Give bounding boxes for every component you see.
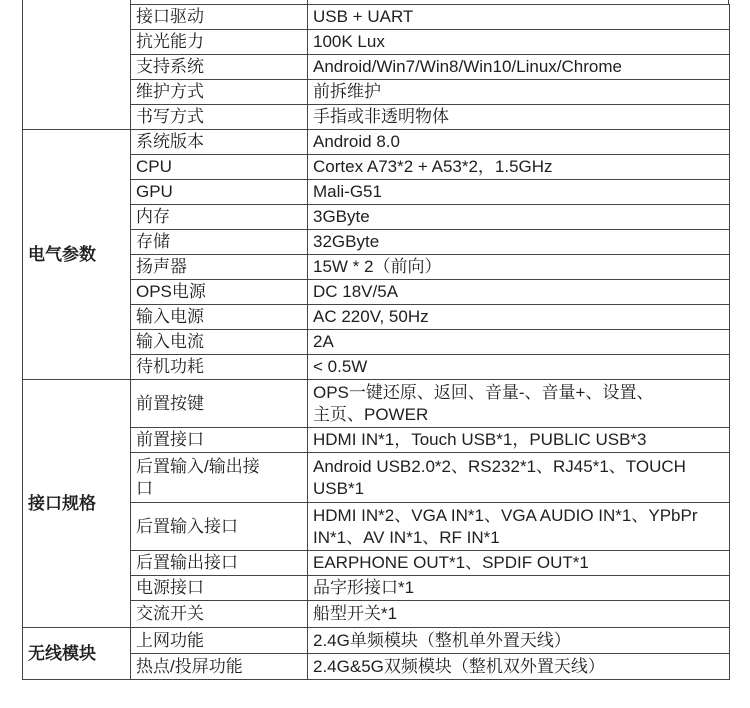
category-cell: 电气参数	[23, 130, 131, 380]
param-cell: 系统版本	[131, 130, 308, 155]
param-cell: 电源接口	[131, 576, 308, 601]
param-cell: 待机功耗	[131, 355, 308, 380]
value-cell: 品字形接口*1	[308, 576, 730, 601]
param-cell: 内存	[131, 205, 308, 230]
value-cell: Android USB2.0*2、RS232*1、RJ45*1、TOUCH US…	[308, 453, 730, 503]
category-cell: 接口规格	[23, 380, 131, 628]
value-cell: 手指或非透明物体	[308, 105, 730, 130]
table-row: 接口规格 前置按键 OPS一键还原、返回、音量-、音量+、设置、 主页、POWE…	[23, 380, 730, 428]
value-cell: 2A	[308, 330, 730, 355]
param-cell: 输入电源	[131, 305, 308, 330]
table-row: 电气参数 系统版本 Android 8.0	[23, 130, 730, 155]
section-electrical: 电气参数 系统版本 Android 8.0 CPU Cortex A73*2 +…	[23, 130, 730, 380]
section-interfaces: 接口规格 前置按键 OPS一键还原、返回、音量-、音量+、设置、 主页、POWE…	[23, 380, 730, 628]
category-cell: 无线模块	[23, 628, 131, 680]
value-cell: OPS一键还原、返回、音量-、音量+、设置、 主页、POWER	[308, 380, 730, 428]
param-cell: GPU	[131, 180, 308, 205]
value-cell: EARPHONE OUT*1、SPDIF OUT*1	[308, 551, 730, 576]
param-cell: OPS电源	[131, 280, 308, 305]
value-cell: 100K Lux	[308, 30, 730, 55]
value-cell: 15W * 2（前向）	[308, 255, 730, 280]
value-cell: Cortex A73*2 + A53*2，1.5GHz	[308, 155, 730, 180]
param-cell: 抗光能力	[131, 30, 308, 55]
param-cell: 接口驱动	[131, 5, 308, 30]
param-cell: 后置输入接口	[131, 503, 308, 551]
value-cell: 32GByte	[308, 230, 730, 255]
param-cell: CPU	[131, 155, 308, 180]
value-cell: Mali-G51	[308, 180, 730, 205]
value-cell: USB + UART	[308, 5, 730, 30]
param-cell: 存储	[131, 230, 308, 255]
category-cell	[23, 5, 131, 130]
value-cell: DC 18V/5A	[308, 280, 730, 305]
param-cell: 支持系统	[131, 55, 308, 80]
param-cell: 后置输入/输出接 口	[131, 453, 308, 503]
param-cell: 后置输出接口	[131, 551, 308, 576]
value-cell: Android 8.0	[308, 130, 730, 155]
param-cell: 前置接口	[131, 428, 308, 453]
spec-table: 接口驱动 USB + UART 抗光能力 100K Lux 支持系统 Andro…	[22, 4, 730, 680]
value-cell: HDMI IN*2、VGA IN*1、VGA AUDIO IN*1、YPbPr …	[308, 503, 730, 551]
value-cell: < 0.5W	[308, 355, 730, 380]
value-cell: 3GByte	[308, 205, 730, 230]
value-cell: 2.4G&5G双频模块（整机双外置天线）	[308, 654, 730, 680]
table-row: 无线模块 上网功能 2.4G单频模块（整机单外置天线）	[23, 628, 730, 654]
param-cell: 维护方式	[131, 80, 308, 105]
param-cell: 上网功能	[131, 628, 308, 654]
param-cell: 热点/投屏功能	[131, 654, 308, 680]
section-wireless: 无线模块 上网功能 2.4G单频模块（整机单外置天线） 热点/投屏功能 2.4G…	[23, 628, 730, 680]
table-row: 接口驱动 USB + UART	[23, 5, 730, 30]
param-cell: 交流开关	[131, 601, 308, 628]
value-cell: 船型开关*1	[308, 601, 730, 628]
value-cell: AC 220V, 50Hz	[308, 305, 730, 330]
value-cell: 前拆维护	[308, 80, 730, 105]
spec-sheet-page: 接口驱动 USB + UART 抗光能力 100K Lux 支持系统 Andro…	[0, 0, 750, 708]
value-cell: 2.4G单频模块（整机单外置天线）	[308, 628, 730, 654]
param-cell: 输入电流	[131, 330, 308, 355]
value-cell: HDMI IN*1，Touch USB*1，PUBLIC USB*3	[308, 428, 730, 453]
param-cell: 书写方式	[131, 105, 308, 130]
param-cell: 扬声器	[131, 255, 308, 280]
param-cell: 前置按键	[131, 380, 308, 428]
section-touch-continued: 接口驱动 USB + UART 抗光能力 100K Lux 支持系统 Andro…	[23, 5, 730, 130]
value-cell: Android/Win7/Win8/Win10/Linux/Chrome	[308, 55, 730, 80]
